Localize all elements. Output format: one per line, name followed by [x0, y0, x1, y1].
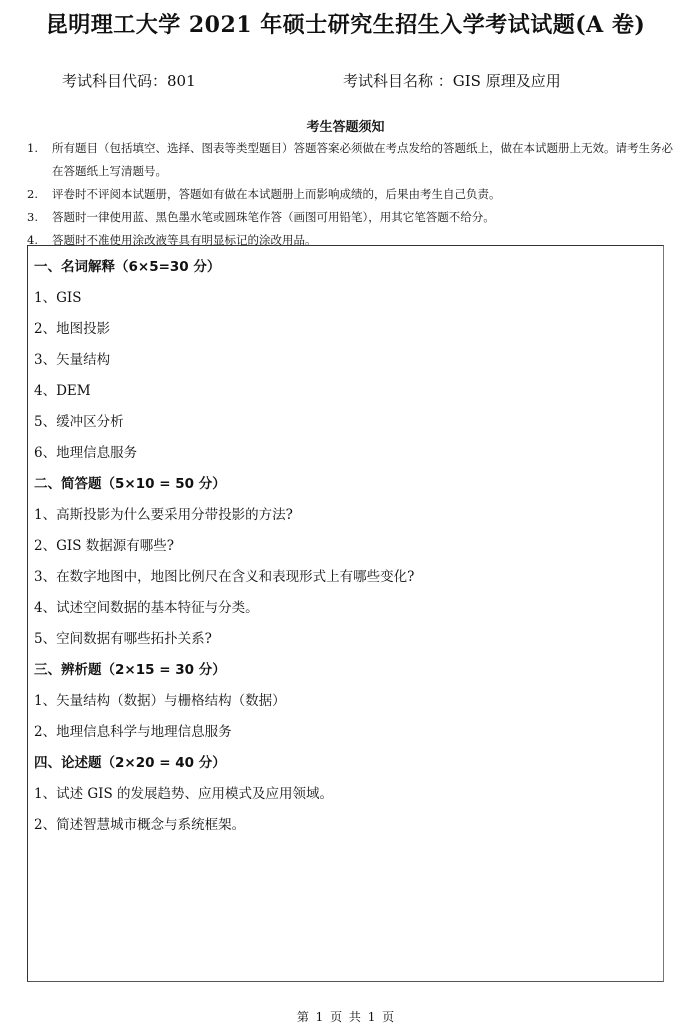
question-item: 2、地图投影 [34, 317, 654, 348]
question-item: 4、试述空间数据的基本特征与分类。 [34, 596, 654, 627]
notice-item: 2. 评卷时不评阅本试题册，答题如有做在本试题册上而影响成绩的，后果由考生自己负… [27, 183, 677, 206]
question-item: 1、GIS [34, 286, 654, 317]
page-number: 第 1 页 共 1 页 [0, 1008, 691, 1025]
section-heading: 三、辨析题（2×15 = 30 分） [34, 658, 654, 689]
notice-number: 2. [27, 183, 52, 206]
question-item: 3、矢量结构 [34, 348, 654, 379]
notice-number: 1. [27, 137, 52, 183]
notice-item: 1. 所有题目（包括填空、选择、图表等类型题目）答题答案必须做在考点发给的答题纸… [27, 137, 677, 183]
notice-title: 考生答题须知 [0, 116, 691, 135]
question-item: 2、地理信息科学与地理信息服务 [34, 720, 654, 751]
notice-list: 1. 所有题目（包括填空、选择、图表等类型题目）答题答案必须做在考点发给的答题纸… [27, 137, 677, 252]
question-item: 1、矢量结构（数据）与栅格结构（数据） [34, 689, 654, 720]
subject-name: 考试科目名称 ：GIS 原理及应用 [343, 70, 561, 91]
question-item: 1、试述 GIS 的发展趋势、应用模式及应用领域。 [34, 782, 654, 813]
section-heading: 四、论述题（2×20 = 40 分） [34, 751, 654, 782]
notice-text: 评卷时不评阅本试题册，答题如有做在本试题册上而影响成绩的，后果由考生自己负责。 [52, 183, 677, 206]
question-item: 3、在数字地图中，地图比例尺在含义和表现形式上有哪些变化? [34, 565, 654, 596]
section-heading: 一、名词解释（6×5=30 分） [34, 255, 654, 286]
question-item: 5、缓冲区分析 [34, 410, 654, 441]
question-item: 5、空间数据有哪些拓扑关系? [34, 627, 654, 658]
subject-code: 考试科目代码：801 [62, 70, 196, 91]
section-heading: 二、简答题（5×10 = 50 分） [34, 472, 654, 503]
questions-content: 一、名词解释（6×5=30 分） 1、GIS 2、地图投影 3、矢量结构 4、D… [34, 255, 654, 844]
question-item: 1、高斯投影为什么要采用分带投影的方法? [34, 503, 654, 534]
notice-number: 3. [27, 206, 52, 229]
exam-title: 昆明理工大学 2021 年硕士研究生招生入学考试试题(A 卷) [0, 8, 691, 39]
question-item: 2、GIS 数据源有哪些? [34, 534, 654, 565]
notice-item: 3. 答题时一律使用蓝、黑色墨水笔或圆珠笔作答（画图可用铅笔），用其它笔答题不给… [27, 206, 677, 229]
question-item: 2、简述智慧城市概念与系统框架。 [34, 813, 654, 844]
question-item: 6、地理信息服务 [34, 441, 654, 472]
question-item: 4、DEM [34, 379, 654, 410]
notice-text: 所有题目（包括填空、选择、图表等类型题目）答题答案必须做在考点发给的答题纸上，做… [52, 137, 677, 183]
notice-text: 答题时一律使用蓝、黑色墨水笔或圆珠笔作答（画图可用铅笔），用其它笔答题不给分。 [52, 206, 677, 229]
